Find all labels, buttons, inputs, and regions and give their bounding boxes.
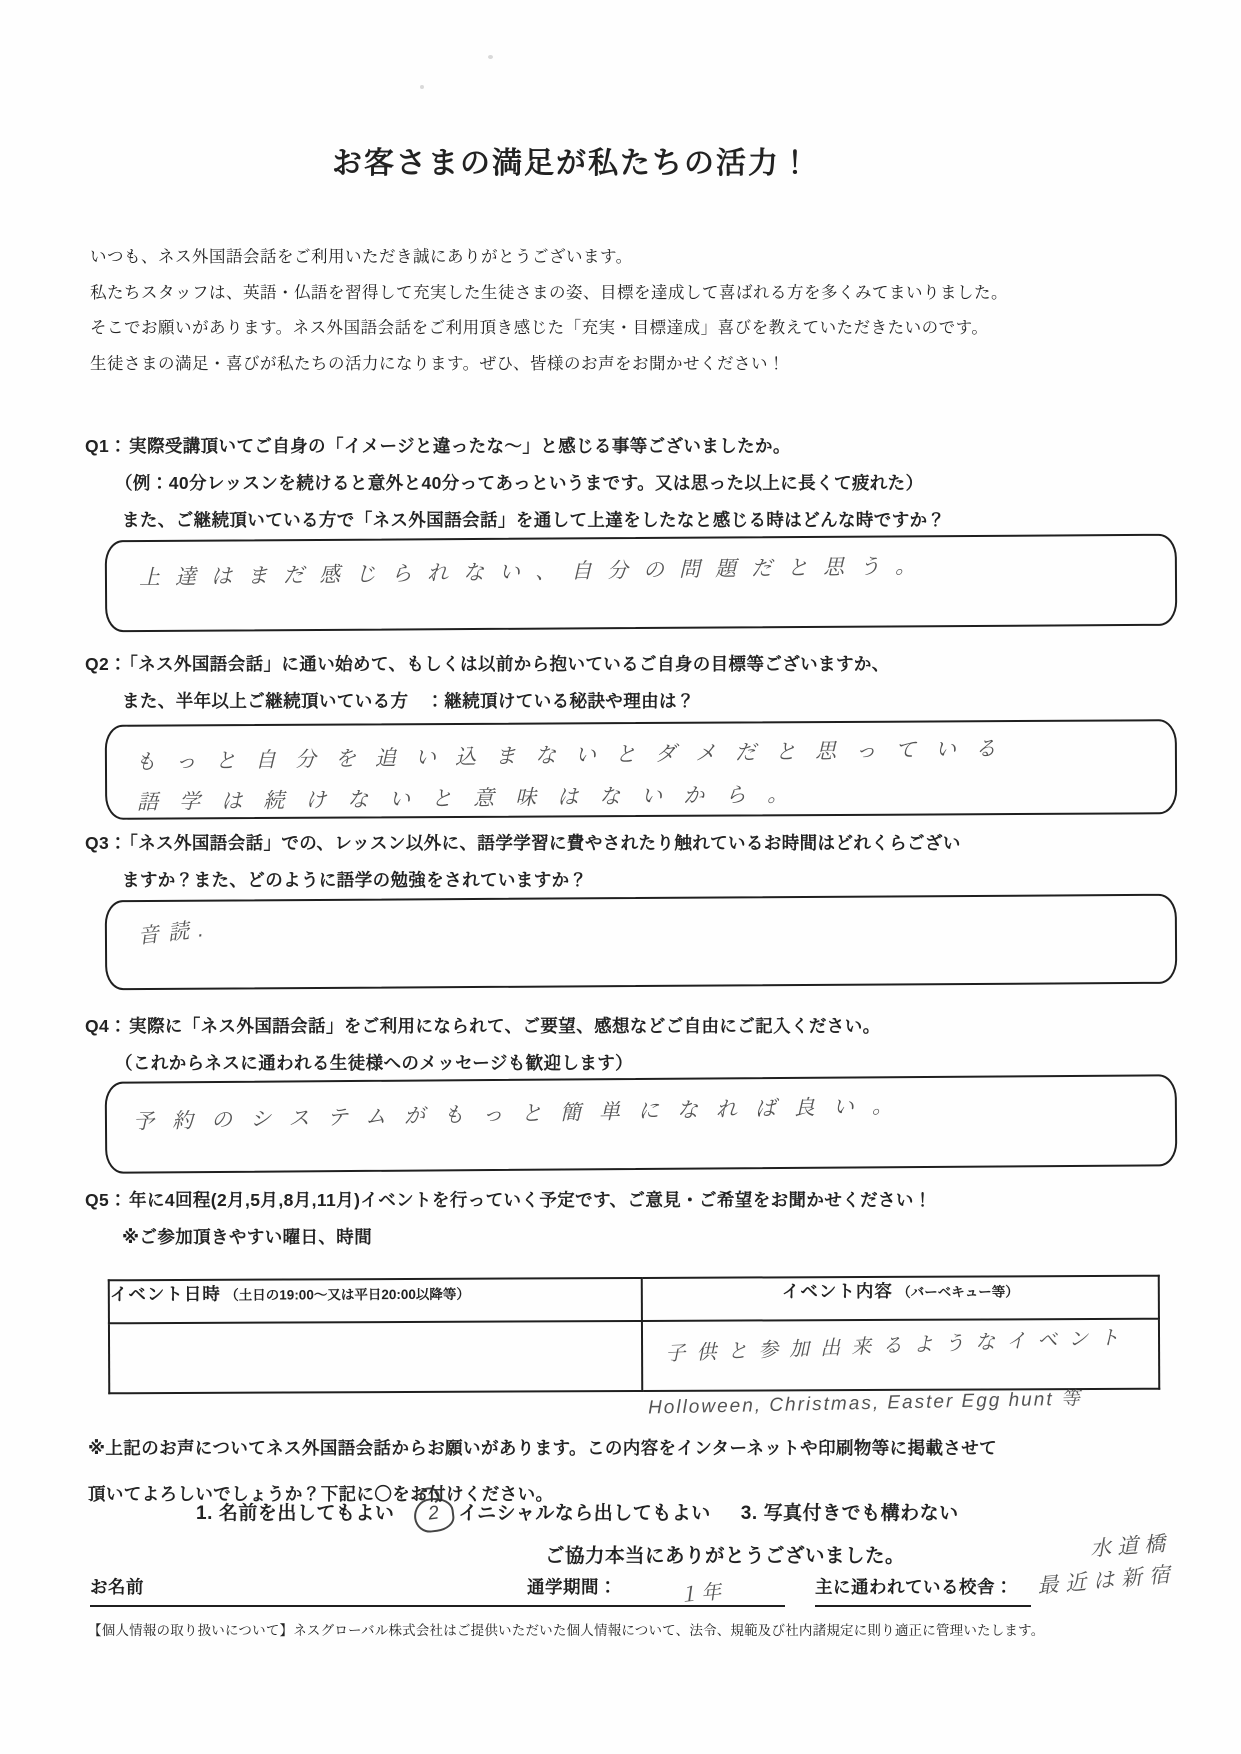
school-handwritten-value: 最近は新宿 xyxy=(1036,1558,1178,1600)
option-2-label: イニシャルなら出してもよい xyxy=(458,1503,710,1524)
question-5-line2: ※ご参加頂きやすい曜日、時間 xyxy=(85,1219,1180,1256)
question-2: Q2：「ネス外国語会話」に通い始めて、もしくは以前から抱いているご自身の目標等ご… xyxy=(85,646,1180,720)
scan-artifact xyxy=(420,85,424,89)
option-2-circled-mark: 2 xyxy=(412,1496,456,1535)
name-field: お名前 xyxy=(90,1574,542,1607)
event-date-header: イベント日時 xyxy=(110,1284,221,1304)
page-title: お客さまの満足が私たちの活力！ xyxy=(42,138,1102,182)
scan-artifact xyxy=(488,55,493,59)
q4-answer-box: 予約のシステムがもっと簡単になれば良い。 xyxy=(105,1074,1178,1173)
consent-line1: ※上記のお声についてネス外国語会話からお願いがあります。この内容をインターネット… xyxy=(88,1425,1183,1471)
question-1-text: Q1：実際受講頂いてご自身の「イメージと違ったな～」と感じる事等ございましたか。 xyxy=(85,428,1180,465)
consent-option-1: 1.名前を出してもよい xyxy=(196,1503,394,1524)
question-5: Q5：年に4回程(2月,5月,8月,11月)イベントを行っていく予定です、ご意見… xyxy=(85,1182,1180,1256)
event-content-header: イベント内容 xyxy=(782,1281,893,1301)
question-3-line2: ますか？また、どのように語学の勉強をされていますか？ xyxy=(85,862,1180,899)
consent-option-2: イニシャルなら出してもよい xyxy=(458,1503,710,1524)
question-1-line1: 実際受講頂いてご自身の「イメージと違ったな～」と感じる事等ございましたか。 xyxy=(129,436,791,456)
event-date-cell xyxy=(109,1321,642,1393)
event-table-body-row: 子供と参加出来るようなイベント xyxy=(109,1319,1159,1394)
question-5-text: Q5：年に4回程(2月,5月,8月,11月)イベントを行っていく予定です、ご意見… xyxy=(85,1182,1180,1219)
q3-answer-box: 音読. xyxy=(105,894,1178,991)
intro-paragraph: いつも、ネス外国語会話をご利用いただき誠にありがとうございます。 私たちスタッフ… xyxy=(90,240,1170,382)
question-2-line1: 「ネス外国語会話」に通い始めて、もしくは以前から抱いているご自身の目標等ございま… xyxy=(129,654,890,674)
question-1-number: Q1： xyxy=(85,436,127,456)
thanks-message: ご協力本当にありがとうございました。 xyxy=(545,1540,905,1568)
question-4-number: Q4： xyxy=(85,1016,127,1036)
option-3-label: 写真付きでも構わない xyxy=(764,1503,959,1524)
enrollment-period-label: 通学期間： xyxy=(527,1574,617,1607)
question-4-line1: 実際に「ネス外国語会話」をご利用になられて、ご要望、感想などご自由にご記入くださ… xyxy=(129,1016,880,1036)
event-table: イベント日時 （土日の19:00～又は平日20:00以降等） イベント内容 （バ… xyxy=(108,1275,1160,1395)
school-field: 主に通われている校舎： 最近は新宿 xyxy=(815,1574,1031,1607)
enrollment-period-handwritten: １年 xyxy=(677,1575,726,1609)
event-date-header-note: （土日の19:00～又は平日20:00以降等） xyxy=(225,1287,470,1303)
question-1-line2: （例：40分レッスンを続けると意外と40分ってあっというまです。又は思った以上に… xyxy=(85,465,1180,502)
name-label: お名前 xyxy=(90,1574,144,1607)
question-2-line2: また、半年以上ご継続頂いている方 ：継続頂けている秘訣や理由は？ xyxy=(85,683,1180,720)
question-3-line1: 「ネス外国語会話」での、レッスン以外に、語学学習に費やされたり触れているお時間は… xyxy=(129,833,961,853)
q2-answer-box: もっと自分を追い込まないとダメだと思っている 語学は続けないと意味はないから。 xyxy=(105,719,1177,820)
option-3-number: 3. xyxy=(741,1503,758,1524)
question-1: Q1：実際受講頂いてご自身の「イメージと違ったな～」と感じる事等ございましたか。… xyxy=(85,428,1180,539)
school-handwritten-note: 水道橋 xyxy=(1089,1527,1172,1563)
question-5-number: Q5： xyxy=(85,1190,127,1210)
privacy-notice: 【個人情報の取り扱いについて】ネスグローバル株式会社はご提供いただいた個人情報に… xyxy=(88,1619,1183,1639)
event-content-header-note: （バーベキュー等） xyxy=(897,1284,1019,1300)
consent-option-3: 3.写真付きでも構わない xyxy=(741,1503,959,1524)
question-3: Q3：「ネス外国語会話」での、レッスン以外に、語学学習に費やされたり触れているお… xyxy=(85,825,1180,899)
q1-handwritten-answer: 上達はまだ感じられない、自分の問題だと思う。 xyxy=(107,531,1176,592)
question-4-text: Q4：実際に「ネス外国語会話」をご利用になられて、ご要望、感想などご自由にご記入… xyxy=(85,1008,1180,1045)
enrollment-period-blank-line: １年 xyxy=(617,1577,785,1607)
question-2-number: Q2： xyxy=(85,654,127,674)
option-1-number: 1. xyxy=(196,1503,213,1524)
q3-handwritten-answer: 音読. xyxy=(105,896,214,953)
question-3-text: Q3：「ネス外国語会話」での、レッスン以外に、語学学習に費やされたり触れているお… xyxy=(85,825,1180,862)
option-1-label: 名前を出してもよい xyxy=(219,1503,395,1524)
intro-line: いつも、ネス外国語会話をご利用いただき誠にありがとうございます。 xyxy=(90,240,1170,276)
question-4: Q4：実際に「ネス外国語会話」をご利用になられて、ご要望、感想などご自由にご記入… xyxy=(85,1008,1180,1082)
signature-row: お名前 通学期間：１年 主に通われている校舎： 最近は新宿 xyxy=(0,1574,1241,1614)
enrollment-period-field: 通学期間：１年 xyxy=(527,1574,785,1607)
event-content-handwritten: 子供と参加出来るようなイベント xyxy=(643,1312,1159,1367)
event-table-header-row: イベント日時 （土日の19:00～又は平日20:00以降等） イベント内容 （バ… xyxy=(109,1276,1159,1324)
event-date-header-cell: イベント日時 （土日の19:00～又は平日20:00以降等） xyxy=(109,1278,642,1323)
name-blank-line xyxy=(144,1577,542,1607)
school-label: 主に通われている校舎： xyxy=(815,1574,1013,1607)
intro-line: 私たちスタッフは、英語・仏語を習得して充実した生徒さまの姿、目標を達成して喜ばれ… xyxy=(90,276,1170,312)
q1-answer-box: 上達はまだ感じられない、自分の問題だと思う。 xyxy=(105,534,1178,633)
intro-line: そこでお願いがあります。ネス外国語会話をご利用頂き感じた「充実・目標達成」喜びを… xyxy=(90,311,1170,347)
question-5-line1: 年に4回程(2月,5月,8月,11月)イベントを行っていく予定です、ご意見・ご希… xyxy=(129,1190,932,1210)
consent-options: 1.名前を出してもよい2イニシャルなら出してもよい3.写真付きでも構わない xyxy=(196,1498,1156,1532)
survey-scan-page: お客さまの満足が私たちの活力！ いつも、ネス外国語会話をご利用いただき誠にありが… xyxy=(0,0,1241,1754)
school-blank-line xyxy=(1013,1577,1031,1607)
intro-line: 生徒さまの満足・喜びが私たちの活力になります。ぜひ、皆様のお声をお聞かせください… xyxy=(90,347,1170,383)
question-2-text: Q2：「ネス外国語会話」に通い始めて、もしくは以前から抱いているご自身の目標等ご… xyxy=(85,646,1180,683)
question-3-number: Q3： xyxy=(85,833,127,853)
event-content-cell: 子供と参加出来るようなイベント xyxy=(642,1319,1159,1391)
